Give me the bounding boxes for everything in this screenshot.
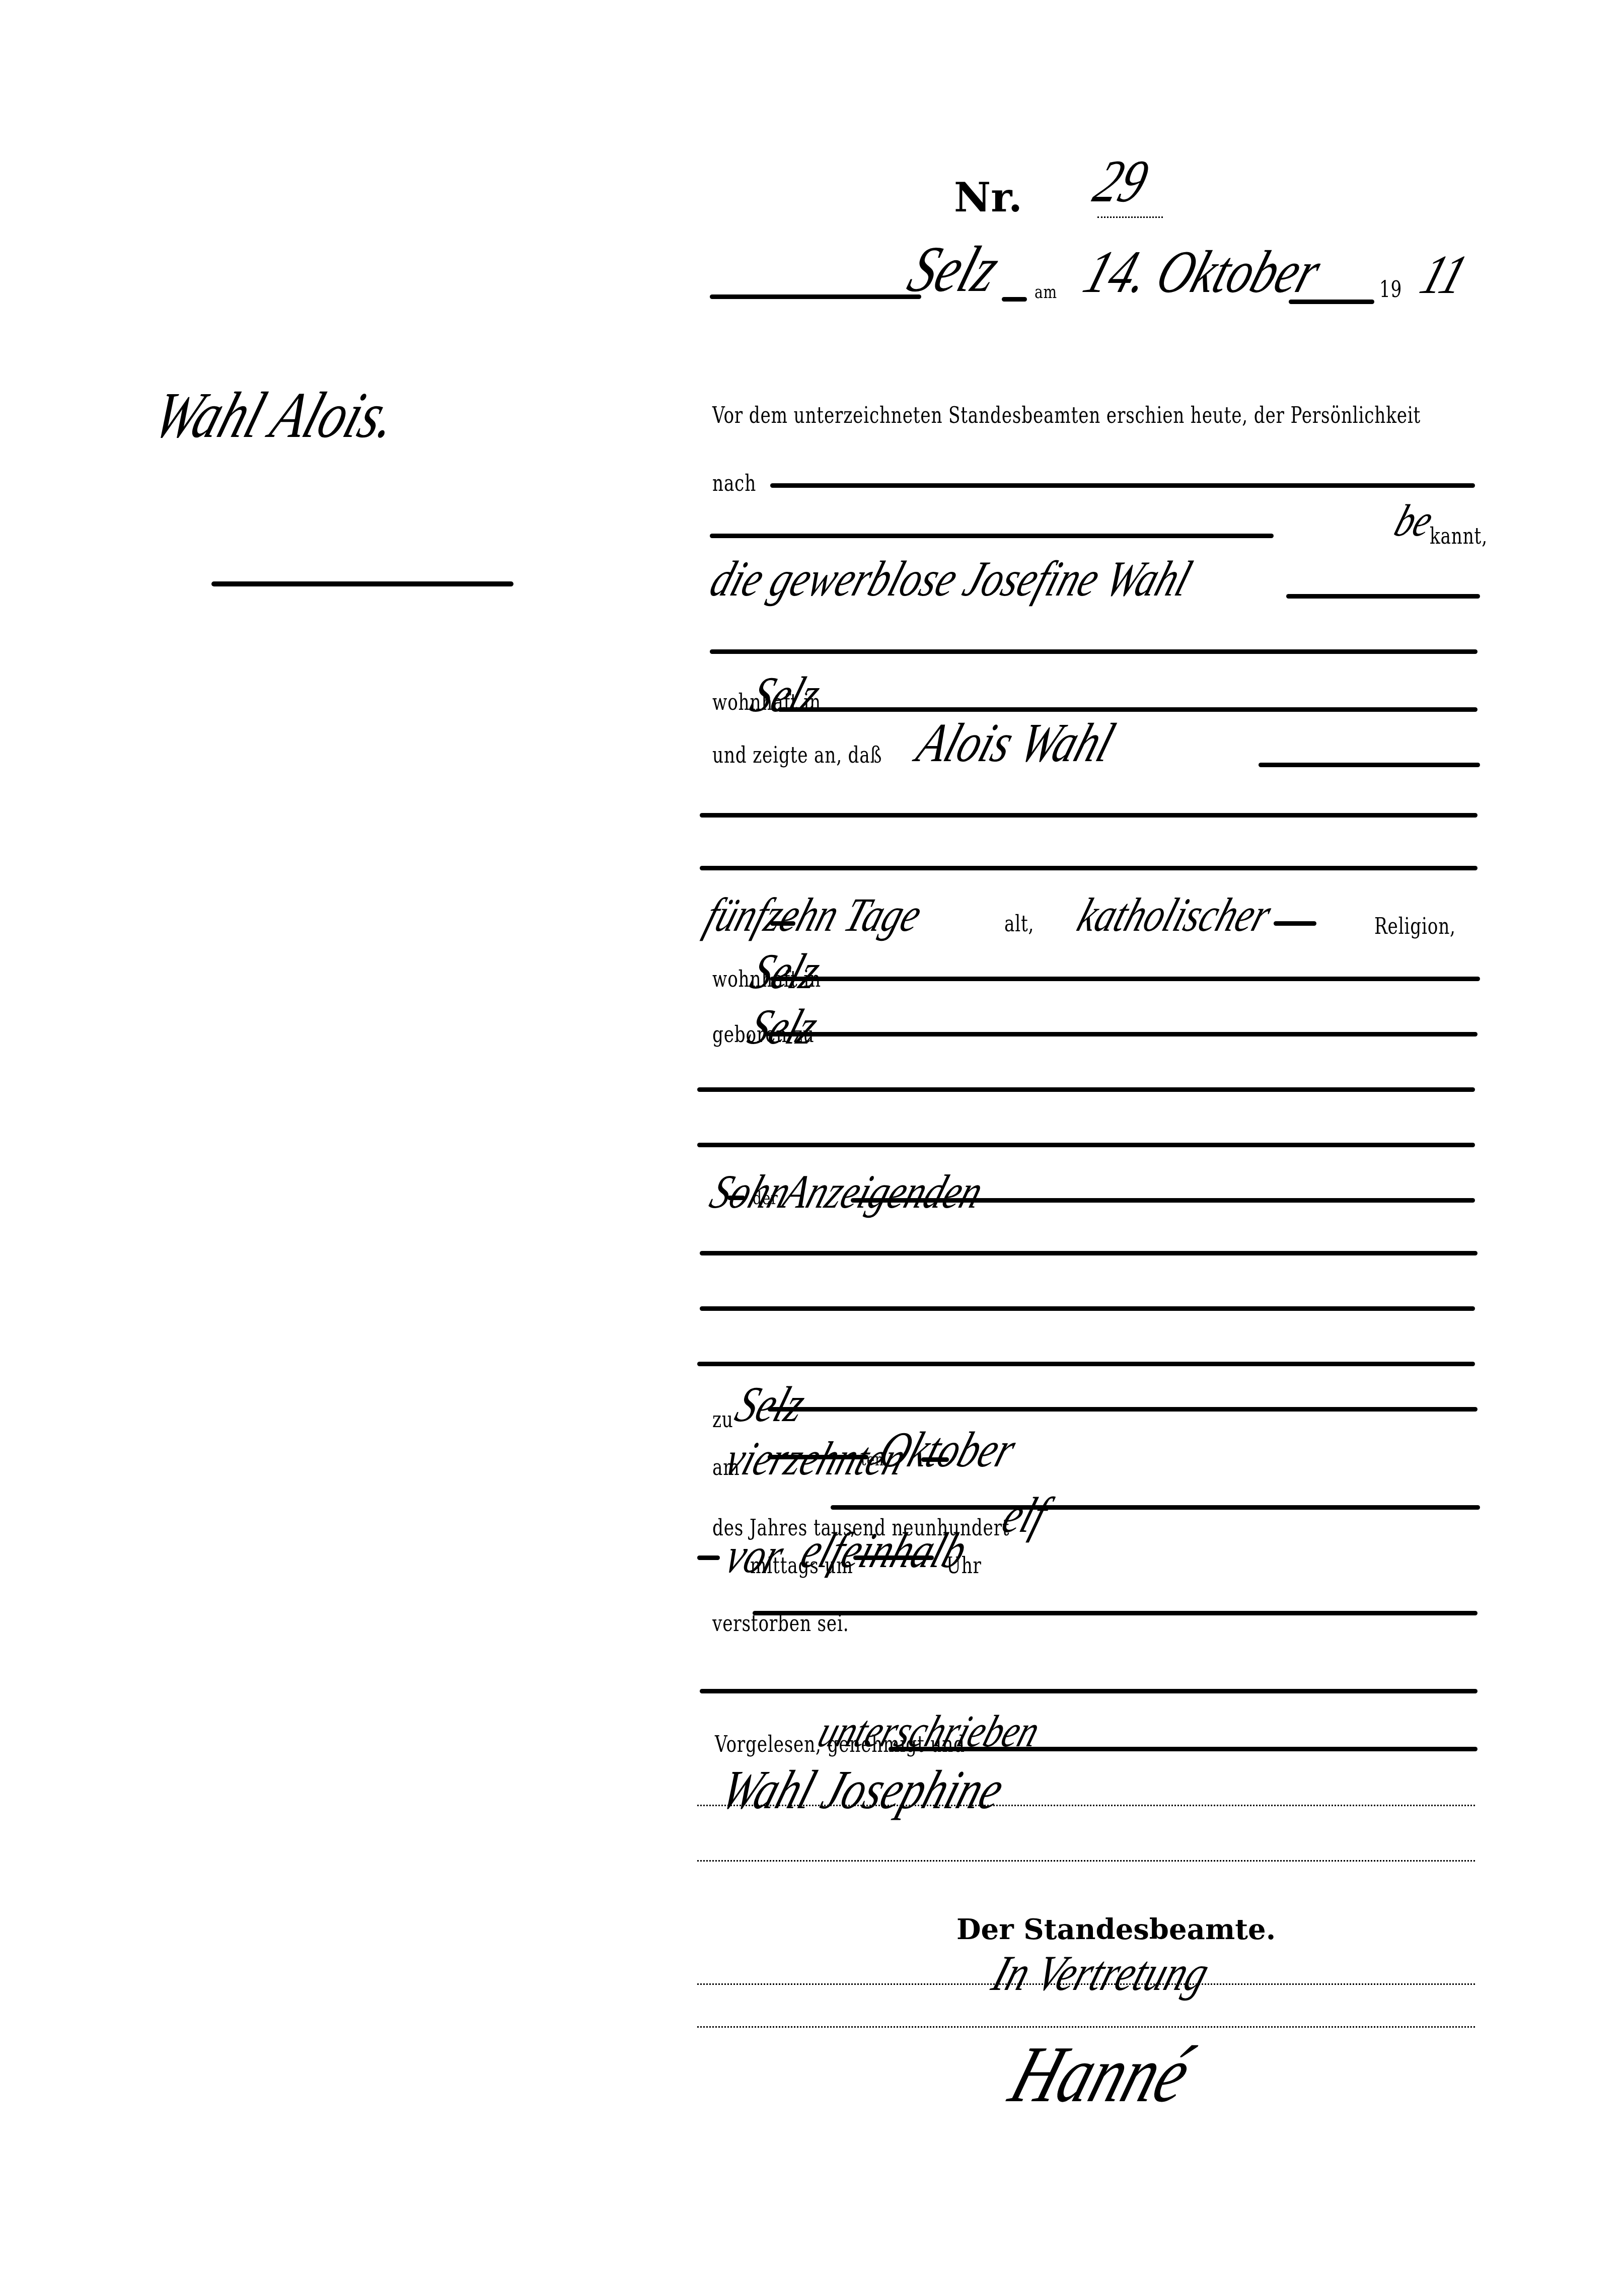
death-place: Selz — [730, 1379, 811, 1430]
rule-religion — [1274, 921, 1316, 926]
header-place: Selz — [901, 237, 1007, 302]
rule-month — [921, 1457, 949, 1462]
rule-blank-4 — [697, 1087, 1475, 1092]
rule-blank-3 — [700, 866, 1478, 870]
intro-line: Vor dem unterzeichneten Standesbeamten e… — [712, 403, 1421, 428]
vertretung: In Vertretung — [987, 1948, 1215, 1998]
rule-deceased-wohnhaft — [770, 977, 1480, 981]
informant-name: die gewerblose Josefine Wahl — [705, 554, 1197, 604]
register-number-label: Nr. — [954, 174, 1022, 221]
margin-name-note: Wahl Alois. — [146, 383, 406, 448]
rule-closing — [700, 1689, 1478, 1693]
header-year-suffix: 11 — [1415, 247, 1473, 302]
rule-deceased — [1259, 763, 1480, 767]
rule-age — [770, 921, 795, 926]
deceased-name: Alois Wahl — [911, 715, 1121, 770]
relation-printed: der — [753, 1188, 778, 1209]
religion: katholischer — [1072, 891, 1277, 939]
death-year: elf — [997, 1490, 1053, 1540]
nr-dotted-line — [1097, 216, 1163, 218]
rule-blank-7 — [700, 1306, 1475, 1311]
age: fünfzehn Tage — [700, 891, 927, 939]
rule-blank-1 — [710, 649, 1478, 654]
nach-label: nach — [712, 471, 756, 496]
rule-verstorben — [753, 1611, 1478, 1615]
rule-blank-2 — [700, 813, 1478, 818]
rule-blank-6 — [700, 1251, 1478, 1255]
alt-label: alt, — [1004, 911, 1034, 937]
signature-line-1 — [697, 1805, 1475, 1806]
header-rule-left — [710, 294, 921, 299]
header-rule-right — [1289, 300, 1374, 304]
informant-signature: Wahl Josephine — [715, 1762, 1010, 1817]
rule-geboren — [768, 1032, 1478, 1036]
rule-wohnhaft — [778, 707, 1478, 712]
rule-year — [831, 1505, 1480, 1510]
rule-bekannt — [710, 534, 1274, 538]
rule-blank-8 — [697, 1362, 1475, 1366]
official-line-2 — [697, 2026, 1475, 2028]
header-date: 14. Oktober — [1077, 242, 1328, 302]
rule-day — [768, 1455, 868, 1459]
relation-2: Anzeigenden — [778, 1168, 989, 1216]
rule-relation-2 — [851, 1198, 1475, 1203]
official-line-1 — [697, 1983, 1475, 1985]
religion-label: Religion, — [1374, 914, 1456, 939]
rule-time — [853, 1556, 934, 1560]
uhr-label: Uhr — [946, 1553, 982, 1579]
header-am-label: am — [1035, 282, 1057, 303]
register-number-value: 29 — [1087, 151, 1155, 211]
zeigte-label: und zeigte an, daß — [712, 743, 882, 768]
rule-vor-left — [697, 1556, 720, 1560]
rule-nach — [770, 483, 1475, 488]
standesbeamte-label: Der Standesbeamte. — [956, 1913, 1276, 1946]
rule-informant — [1286, 594, 1480, 599]
margin-underline — [211, 581, 513, 586]
rule-blank-5 — [697, 1143, 1475, 1147]
bekannt-label: kannt, — [1430, 524, 1488, 549]
official-signature: Hanné — [1002, 2034, 1200, 2114]
header-rule-mid — [1002, 297, 1027, 302]
death-month: Oktober — [873, 1425, 1022, 1475]
signature-line-2 — [697, 1860, 1475, 1862]
header-year-prefix: 19 — [1379, 277, 1402, 303]
rule-unterschrieben — [889, 1747, 1478, 1751]
rule-relation-1 — [727, 1196, 745, 1200]
rule-zu — [768, 1407, 1478, 1412]
